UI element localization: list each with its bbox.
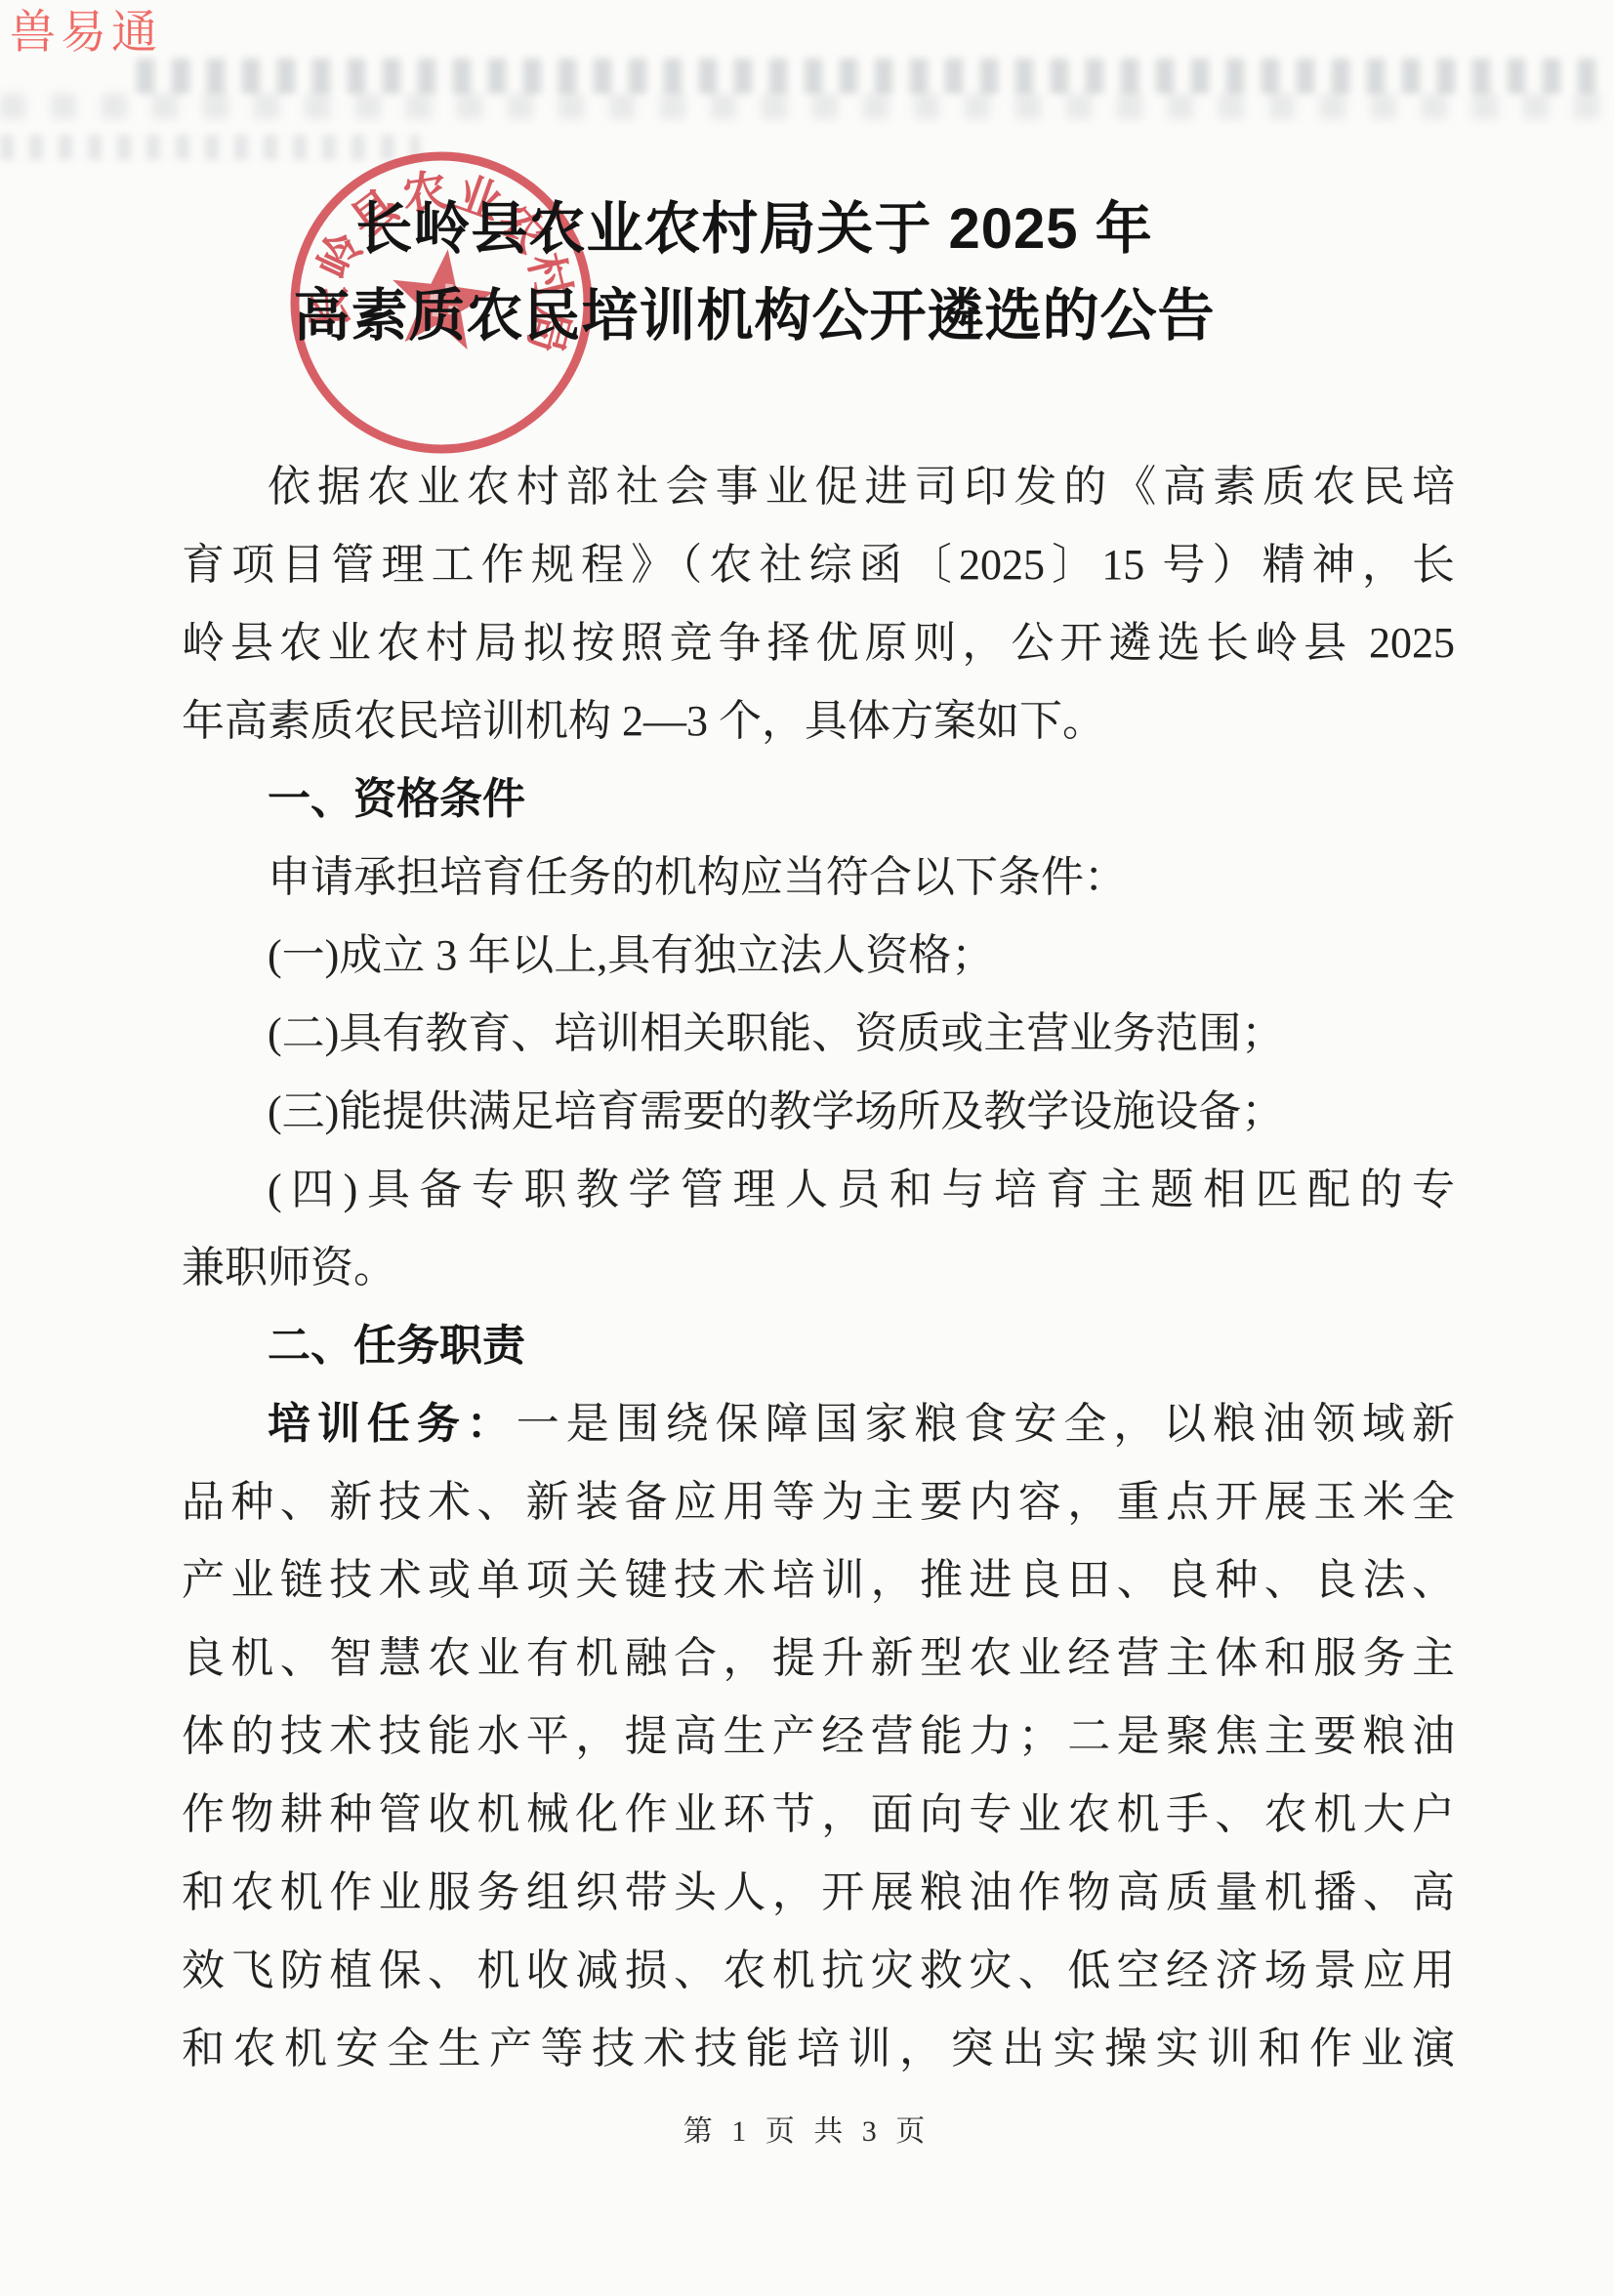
body-line: (一)成立 3 年以上,具有独立法人资格；: [182, 917, 1455, 995]
body-line: (二)具有教育、培训相关职能、资质或主营业务范围；: [182, 995, 1455, 1073]
page-number: 第 1 页 共 3 页: [0, 2107, 1614, 2150]
body-line: 申请承担培育任务的机构应当符合以下条件：: [182, 839, 1455, 917]
body-line: (四)具备专职教学管理人员和与培育主题相匹配的专: [182, 1151, 1455, 1229]
scan-artifact-band: [137, 59, 1601, 94]
document-body: 依据农业农村部社会事业促进司印发的《高素质农民培育项目管理工作规程》（农社综函〔…: [182, 448, 1455, 2088]
body-line: 品种、新技术、新装备应用等为主要内容，重点开展玉米全: [182, 1463, 1455, 1541]
document-title: 长岭县农业农村局关于 2025 年 高素质农民培训机构公开遴选的公告: [0, 185, 1561, 359]
body-line: 岭县农业农村局拟按照竞争择优原则，公开遴选长岭县 2025: [182, 604, 1455, 682]
watermark-text: 兽易通: [10, 0, 162, 61]
body-line: 和农机安全生产等技术技能培训，突出实操实训和作业演: [182, 2010, 1455, 2088]
body-line: 产业链技术或单项关键技术培训，推进良田、良种、良法、: [182, 1541, 1455, 1619]
body-line: 育项目管理工作规程》（农社综函〔2025〕15 号）精神，长: [182, 526, 1455, 604]
body-line: 体的技术技能水平，提高生产经营能力；二是聚焦主要粮油: [182, 1698, 1455, 1776]
body-line: 效飞防植保、机收减损、农机抗灾救灾、低空经济场景应用: [182, 1932, 1455, 2010]
document-page: 兽易通 长岭县农业农村局 长岭县农业农村局关于 2025 年 高素质农民培训机构…: [0, 0, 1614, 2296]
title-line-2: 高素质农民培训机构公开遴选的公告: [0, 272, 1561, 359]
body-line: 良机、智慧农业有机融合，提升新型农业经营主体和服务主: [182, 1619, 1455, 1698]
body-line: (三)能提供满足培育需要的教学场所及教学设施设备；: [182, 1073, 1455, 1151]
section-heading: 一、资格条件: [182, 760, 1455, 839]
body-line: 依据农业农村部社会事业促进司印发的《高素质农民培: [182, 448, 1455, 526]
scan-artifact-band: [0, 94, 1614, 119]
body-line: 兼职师资。: [182, 1229, 1455, 1307]
section-heading: 二、任务职责: [182, 1307, 1455, 1385]
body-line: 培训任务：一是围绕保障国家粮食安全，以粮油领域新: [182, 1385, 1455, 1463]
title-line-1: 长岭县农业农村局关于 2025 年: [0, 185, 1561, 272]
bold-lead-in: 培训任务：: [268, 1400, 517, 1448]
body-line: 作物耕种管收机械化作业环节，面向专业农机手、农机大户: [182, 1776, 1455, 1854]
body-line: 和农机作业服务组织带头人，开展粮油作物高质量机播、高: [182, 1854, 1455, 1932]
body-line: 年高素质农民培训机构 2—3 个，具体方案如下。: [182, 682, 1455, 760]
